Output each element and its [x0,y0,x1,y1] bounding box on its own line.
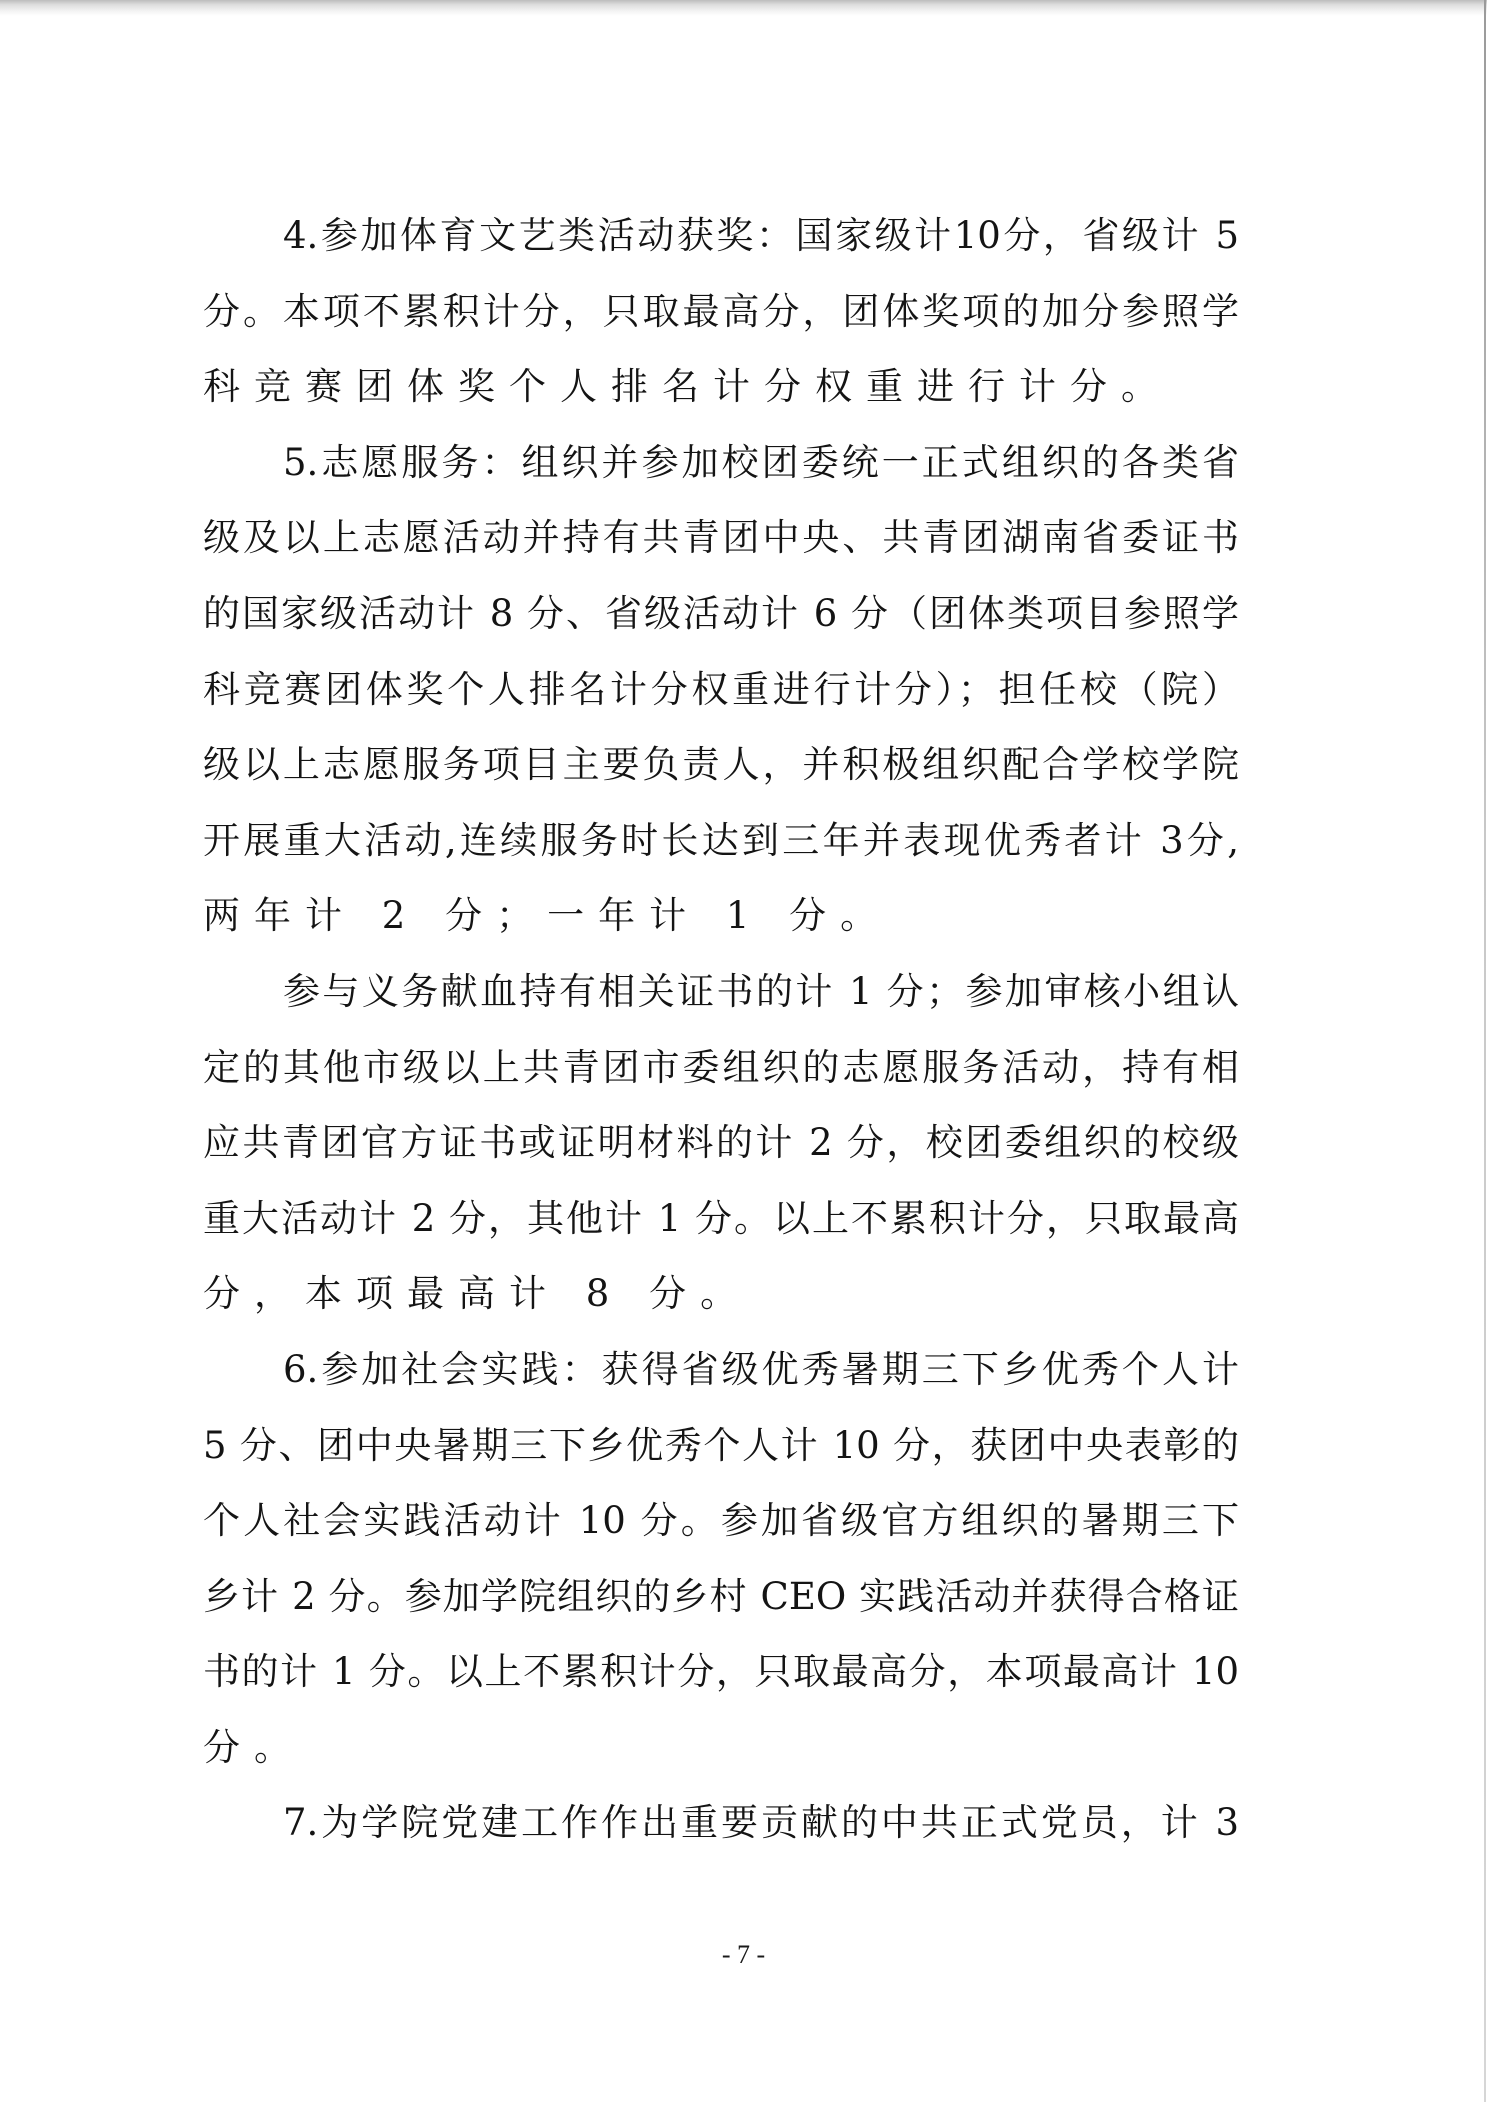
text-line: 分。本项不累积计分，只取最高分，团体奖项的加分参照学 [203,274,1239,350]
text-line: 书的计 1 分。以上不累积计分，只取最高分，本项最高计 10 [203,1634,1239,1710]
text-line: 5 分、团中央暑期三下乡优秀个人计 10 分，获团中央表彰的 [203,1408,1239,1484]
text-line: 参与义务献血持有相关证书的计 1 分；参加审核小组认 [203,954,1239,1030]
paragraph-item-7: 7.为学院党建工作作出重要贡献的中共正式党员，计 3 [203,1785,1239,1861]
paragraph-item-4: 4.参加体育文艺类活动获奖：国家级计10分，省级计 5 分。本项不累积计分，只取… [203,198,1239,425]
text-line: 分。 [203,1710,1239,1786]
paragraph-item-5: 5.志愿服务：组织并参加校团委统一正式组织的各类省 级及以上志愿活动并持有共青团… [203,425,1239,954]
text-line: 5.志愿服务：组织并参加校团委统一正式组织的各类省 [203,425,1239,501]
document-body: 4.参加体育文艺类活动获奖：国家级计10分，省级计 5 分。本项不累积计分，只取… [203,198,1239,1861]
text-line: 科竞赛团体奖个人排名计分权重进行计分）；担任校（院） [203,652,1239,728]
text-line: 7.为学院党建工作作出重要贡献的中共正式党员，计 3 [203,1785,1239,1861]
page-number: - 7 - [0,1940,1487,1970]
text-line: 级以上志愿服务项目主要负责人，并积极组织配合学校学院 [203,727,1239,803]
text-line: 开展重大活动,连续服务时长达到三年并表现优秀者计 3分, [203,803,1239,879]
scan-edge-right [1484,0,1486,2102]
paragraph-blood-donation: 参与义务献血持有相关证书的计 1 分；参加审核小组认 定的其他市级以上共青团市委… [203,954,1239,1332]
text-line: 定的其他市级以上共青团市委组织的志愿服务活动，持有相 [203,1030,1239,1106]
paragraph-item-6: 6.参加社会实践：获得省级优秀暑期三下乡优秀个人计 5 分、团中央暑期三下乡优秀… [203,1332,1239,1786]
text-line: 重大活动计 2 分，其他计 1 分。以上不累积计分，只取最高 [203,1181,1239,1257]
text-line: 应共青团官方证书或证明材料的计 2 分，校团委组织的校级 [203,1105,1239,1181]
scan-shadow-top [0,0,1487,16]
text-line: 6.参加社会实践：获得省级优秀暑期三下乡优秀个人计 [203,1332,1239,1408]
text-line: 个人社会实践活动计 10 分。参加省级官方组织的暑期三下 [203,1483,1239,1559]
text-line: 的国家级活动计 8 分、省级活动计 6 分（团体类项目参照学 [203,576,1239,652]
text-line: 级及以上志愿活动并持有共青团中央、共青团湖南省委证书 [203,500,1239,576]
text-line: 分，本项最高计 8 分。 [203,1256,1239,1332]
text-line: 乡计 2 分。参加学院组织的乡村 CEO 实践活动并获得合格证 [203,1559,1239,1635]
text-line: 4.参加体育文艺类活动获奖：国家级计10分，省级计 5 [203,198,1239,274]
text-line: 科竞赛团体奖个人排名计分权重进行计分。 [203,349,1239,425]
text-line: 两年计 2 分；一年计 1 分。 [203,878,1239,954]
